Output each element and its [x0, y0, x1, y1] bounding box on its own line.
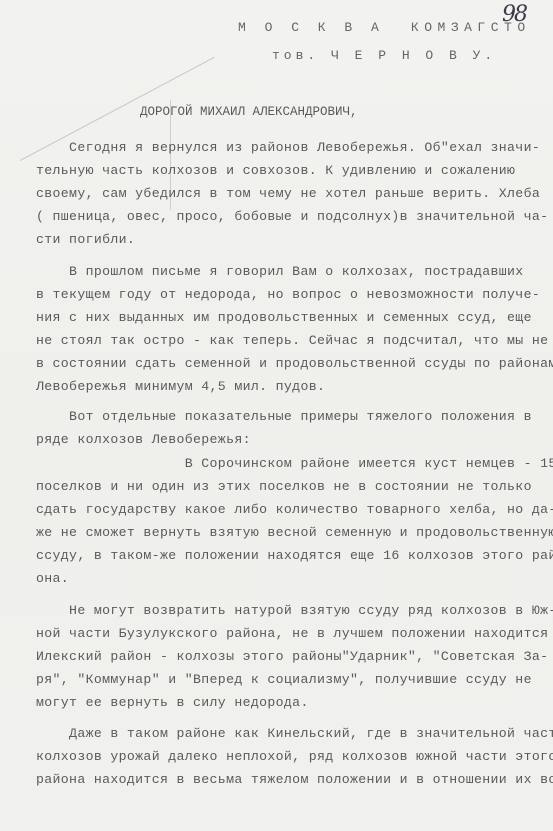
body-line: же не сможет вернуть взятую весной семен… [36, 525, 553, 541]
document-page: 98 М О С К В А КОМЗАГСТО тов. Ч Е Р Н О … [0, 0, 553, 831]
body-line: сдать государству какое либо количество … [36, 502, 553, 518]
body-line: ( пшеница, овес, просо, бобовые и подсол… [36, 209, 548, 225]
addressee-city: М О С К В А КОМЗАГСТО [238, 20, 531, 36]
body-line: в текущем году от недорода, но вопрос о … [36, 287, 540, 303]
body-line: ссуду, в таком-же положении находятся ещ… [36, 548, 553, 564]
body-line: Вот отдельные показательные примеры тяже… [36, 409, 532, 425]
body-line: в состоянии сдать семенной и продовольст… [36, 356, 553, 372]
body-line: Не могут возвратить натурой взятую ссуду… [36, 603, 553, 619]
body-line: сти погибли. [36, 232, 135, 248]
body-line: района находится в весьма тяжелом положе… [36, 772, 553, 788]
body-line: В Сорочинском районе имеется куст немцев… [36, 456, 553, 472]
body-line: Илекский район - колхозы этого районы"Уд… [36, 649, 548, 665]
body-line: колхозов урожай далеко неплохой, ряд кол… [36, 749, 553, 765]
body-line: своему, сам убедился в том чему не хотел… [36, 186, 540, 202]
body-line: тельную часть колхозов и совхозов. К уди… [36, 163, 515, 179]
body-line: Левобережья минимум 4,5 мил. пудов. [36, 379, 325, 395]
addressee-name: тов. Ч Е Р Н О В У. [272, 48, 496, 64]
body-line: могут ее вернуть в силу недорода. [36, 695, 309, 711]
body-line: не стоял так остро - как теперь. Сейчас … [36, 333, 548, 349]
body-line: Сегодня я вернулся из районов Левобережь… [36, 140, 540, 156]
salutation: ДОРОГОЙ МИХАИЛ АЛЕКСАНДРОВИЧ, [140, 104, 358, 120]
body-line: ной части Бузулукского района, не в лучш… [36, 626, 548, 642]
body-line: Даже в таком районе как Кинельский, где … [36, 726, 553, 742]
body-line: ряде колхозов Левобережья: [36, 432, 251, 448]
body-line: поселков и ни один из этих поселков не в… [36, 479, 532, 495]
body-line: ря", "Коммунар" и "Вперед к социализму",… [36, 672, 532, 688]
body-line: ния с них выданных им продовольственных … [36, 310, 532, 326]
body-line: В прошлом письме я говорил Вам о колхоза… [36, 264, 524, 280]
body-line: она. [36, 571, 69, 587]
